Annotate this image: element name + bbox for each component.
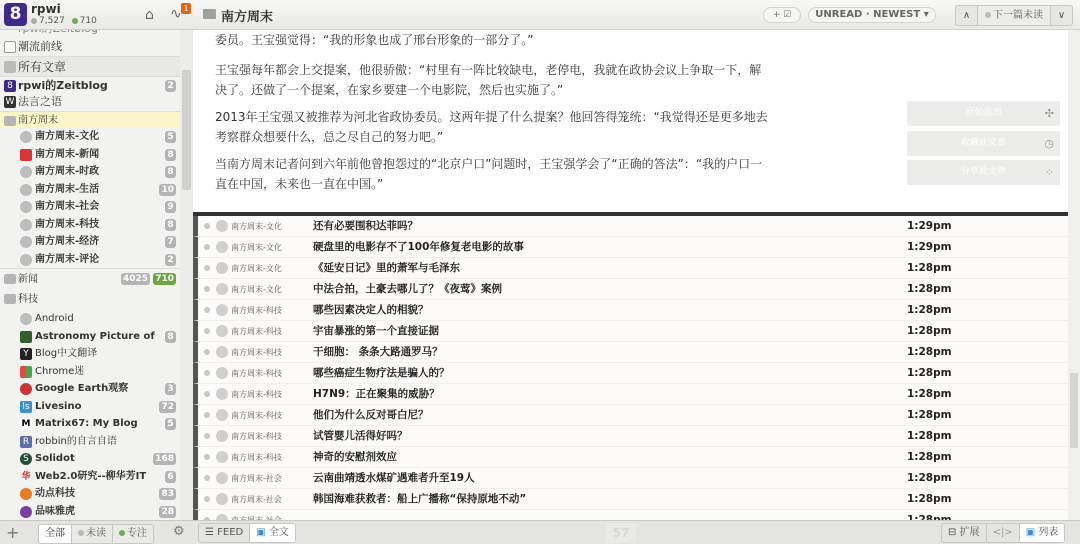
story-feed: 南方周末-社会	[231, 489, 282, 510]
robbin-icon: R	[20, 436, 32, 448]
story-navigation: ∧ 下一篇未读 ∨	[955, 5, 1073, 26]
feed-label: 南方周末-新闻	[35, 146, 99, 164]
story-row[interactable]: 南方周末-科技他们为什么反对哥白尼？1:28pm	[193, 405, 1068, 426]
story-row[interactable]: 南方周末-科技干细胞： 条条大路通罗马？1:28pm	[193, 342, 1068, 363]
zeitblog-icon: 8	[4, 80, 16, 92]
story-time: 1:29pm	[907, 237, 952, 258]
unread-count: 168	[153, 453, 176, 465]
feed-item[interactable]: Android	[0, 310, 180, 328]
full-text-view-button[interactable]: ▣ 全文	[250, 524, 295, 542]
feed-item[interactable]: 华Web2.0研究--柳华芳IT6	[0, 468, 180, 486]
globe-icon	[216, 388, 228, 400]
feed-label: 南方周末-科技	[35, 216, 99, 234]
story-title[interactable]: 中法合拍，土豪去哪儿了？《夜莺》案例	[313, 279, 502, 300]
previous-button[interactable]: ∧	[956, 6, 978, 25]
globe-icon	[216, 472, 228, 484]
feed-item[interactable]: 品味雅虎28	[0, 503, 180, 521]
feed-label: 南方周末-社会	[35, 198, 99, 216]
story-feed: 南方周末-科技	[231, 405, 282, 426]
story-title[interactable]: 哪些因素决定人的相貌？	[313, 300, 429, 321]
filter-unread[interactable]: 未读	[72, 525, 113, 543]
unread-count: 83	[159, 488, 176, 500]
story-feed: 南方周末-文化	[231, 237, 282, 258]
story-counter: 57	[606, 523, 636, 543]
google-earth-icon	[20, 383, 32, 395]
story-title[interactable]: 云南曲靖透水煤矿遇难者升至19人	[313, 468, 475, 489]
globe-icon	[216, 493, 228, 505]
globe-icon	[216, 283, 228, 295]
folder-label: 科技	[18, 289, 38, 310]
unread-count: 8	[165, 331, 176, 343]
story-time: 1:28pm	[907, 426, 952, 447]
feed-label: Blog中文翻译	[35, 345, 97, 363]
unread-dot-icon	[78, 530, 84, 536]
feed-view-button[interactable]: ☰ FEED	[199, 524, 250, 542]
unread-count: 10	[159, 184, 176, 196]
activity-badge: 1	[181, 3, 191, 14]
story-time: 1:28pm	[907, 489, 952, 510]
unread-dot-icon[interactable]	[204, 412, 210, 418]
unread-dot-icon[interactable]	[204, 349, 210, 355]
sidebar-header: 8 rpwi 7,527 710 ⌂ ∿ 1	[0, 0, 193, 30]
unread-count: 710	[153, 273, 176, 285]
sidebar: 8 rpwi 7,527 710 ⌂ ∿ 1 rpwi的Zeitblog 潮流前…	[0, 0, 193, 544]
y-icon: Y	[20, 348, 32, 360]
button-label: 收藏此文章	[961, 138, 1006, 148]
folder-icon	[203, 9, 216, 19]
story-list: 南方周末-文化还有必要围积达菲吗？1:29pm南方周末-文化硬盘里的电影存不了1…	[193, 216, 1068, 520]
story-feed: 南方周末-社会	[231, 468, 282, 489]
story-time: 1:28pm	[907, 447, 952, 468]
unread-dot-icon[interactable]	[204, 244, 210, 250]
feed-label: 南方周末-经济	[35, 233, 99, 251]
feed-item[interactable]: 潮流前线	[0, 38, 180, 56]
user-counts: 7,527 710	[31, 16, 97, 26]
sidebar-scrollbar[interactable]	[180, 30, 193, 520]
feed-label: 品味雅虎	[35, 503, 75, 521]
puzzle-icon: ✣	[1045, 101, 1054, 126]
next-button[interactable]: ∨	[1050, 6, 1072, 25]
yahoo-icon	[20, 506, 32, 518]
unread-count: 8	[165, 166, 176, 178]
page-title: 南方周末	[221, 6, 273, 25]
feed-item[interactable]: 南方周末-时政8	[0, 163, 180, 181]
story-title[interactable]: 他们为什么反对哥白尼？	[313, 405, 429, 426]
window-icon: ▣	[256, 527, 269, 538]
feed-item[interactable]: W法言之语	[0, 93, 180, 111]
story-feed: 南方周末-科技	[231, 321, 282, 342]
feed-item[interactable]: 南方周末-评论2	[0, 251, 180, 269]
unread-count: 6	[165, 471, 176, 483]
story-row[interactable]: 南方周末-科技哪些癌症生物疗法是骗人的？1:28pm	[193, 363, 1068, 384]
globe-icon	[216, 241, 228, 253]
globe-icon	[216, 262, 228, 274]
feed-label: 所有文章	[18, 57, 66, 77]
pin-icon	[20, 149, 32, 161]
story-title[interactable]: 试管婴儿活得好吗？	[313, 426, 408, 447]
feed-label: Web2.0研究--柳华芳IT	[35, 468, 146, 486]
globe-icon	[20, 166, 32, 178]
globe-icon	[216, 430, 228, 442]
story-feed: 南方周末-文化	[231, 279, 282, 300]
feed-label: 南方周末-文化	[35, 128, 99, 146]
story-time: 1:28pm	[907, 405, 952, 426]
unread-dot-icon[interactable]	[204, 265, 210, 271]
focus-dot-icon	[119, 530, 125, 536]
story-time: 1:28pm	[907, 342, 952, 363]
unread-dot-icon	[72, 18, 78, 24]
unread-dot-icon	[985, 12, 991, 18]
story-title[interactable]: ……	[313, 510, 334, 520]
expand-label: 扩展	[960, 527, 980, 538]
story-row[interactable]: 南方周末-文化硬盘里的电影存不了100年修复老电影的故事1:29pm	[193, 237, 1068, 258]
story-title[interactable]: 韩国海难获救者：船上广播称“保持原地不动”	[313, 489, 526, 510]
globe-icon	[20, 184, 32, 196]
story-row[interactable]: 南方周末-文化中法合拍，土豪去哪儿了？《夜莺》案例1:28pm	[193, 279, 1068, 300]
chevron-down-icon: ▾	[924, 9, 929, 20]
sort-dropdown[interactable]: UNREAD · NEWEST ▾	[808, 7, 936, 23]
story-row[interactable]: 南方周末-文化《延安日记》里的萧军与毛泽东1:28pm	[193, 258, 1068, 279]
filter-label: 未读	[86, 528, 106, 539]
story-paragraph: 王宝强每年都会上交提案，他很骄傲：“村里有一阵比较缺电，老停电，我就在政协会议上…	[215, 60, 770, 100]
story-feed: 南方周末-科技	[231, 300, 282, 321]
story-title[interactable]: 《延安日记》里的萧军与毛泽东	[313, 258, 460, 279]
unread-count: 2	[165, 254, 176, 266]
total-count: 7,527	[39, 16, 65, 26]
feed-item[interactable]: SSolidot168	[0, 450, 180, 468]
layout-toggle: ⊟ 扩展 <|> ▣ 列表	[941, 523, 1065, 543]
story-row[interactable]: 南方周末-科技试管婴儿活得好吗？1:28pm	[193, 426, 1068, 447]
clock-icon: ◷	[1044, 131, 1054, 156]
unread-count: 2	[165, 80, 176, 92]
folder-southern-weekly[interactable]: 南方周末	[0, 111, 180, 129]
unread-count: 72	[159, 401, 176, 413]
story-time: 1:28pm	[907, 300, 952, 321]
globe-icon	[216, 409, 228, 421]
globe-icon	[20, 236, 32, 248]
story-feed: 南方周末-文化	[231, 216, 282, 237]
unread-dot-icon[interactable]	[204, 223, 210, 229]
story-feed: 南方周末-科技	[231, 447, 282, 468]
story-row[interactable]: 南方周末-科技H7N9：正在聚集的威胁？1:28pm	[193, 384, 1068, 405]
feed-item[interactable]: Chrome迷	[0, 363, 180, 381]
story-paragraph: 委员。王宝强觉得：“我的形象也成了邢台形象的一部分了。”	[215, 30, 770, 50]
scroll-thumb[interactable]	[1070, 373, 1078, 448]
story-time: 1:28pm	[907, 384, 952, 405]
feed-item[interactable]: 南方周末-文化5	[0, 128, 180, 146]
feed-label: 潮流前线	[18, 38, 62, 56]
feed-item[interactable]: Astronomy Picture of8	[0, 328, 180, 346]
technode-icon	[20, 488, 32, 500]
feed-label: 南方周末-生活	[35, 181, 99, 199]
feed-label: 动点科技	[35, 485, 75, 503]
web20-icon: 华	[20, 471, 32, 483]
feed-label: Android	[35, 310, 74, 328]
folder-icon	[4, 294, 16, 304]
feed-item[interactable]: 8rpwi的Zeitblog2	[0, 76, 180, 94]
feed-label: Livesino	[35, 398, 81, 416]
story-row[interactable]: 南方周末-社会……1:28pm	[193, 510, 1068, 520]
unread-count: 28	[159, 506, 176, 518]
unread-dot-icon[interactable]	[204, 475, 210, 481]
unread-dot-icon[interactable]	[204, 454, 210, 460]
feed-label: 法言之语	[18, 93, 62, 111]
globe-icon	[216, 367, 228, 379]
feed-item[interactable]: MMatrix67: My Blog5	[0, 415, 180, 433]
globe-icon	[20, 219, 32, 231]
story-feed: 南方周末-文化	[231, 258, 282, 279]
feed-item[interactable]: lsLivesino72	[0, 398, 180, 416]
feed-header: 南方周末 + ☑ UNREAD · NEWEST ▾ ∧ 下一篇未读 ∨	[193, 0, 1080, 30]
folder-news[interactable]: 新闻4025710	[0, 268, 180, 289]
story-feed: 南方周末-科技	[231, 342, 282, 363]
feed-item[interactable]: 南方周末-生活10	[0, 181, 180, 199]
unread-count: 3	[165, 383, 176, 395]
mark-read-button[interactable]: + ☑	[763, 7, 801, 23]
feed-item[interactable]: 南方周末-科技8	[0, 216, 180, 234]
story-row[interactable]: 南方周末-社会云南曲靖透水煤矿遇难者升至19人1:28pm	[193, 468, 1068, 489]
total-dot-icon	[31, 18, 37, 24]
story-title[interactable]: 硬盘里的电影存不了100年修复老电影的故事	[313, 237, 524, 258]
globe-icon	[216, 304, 228, 316]
story-title[interactable]: 还有必要围积达菲吗？	[313, 216, 418, 237]
unread-count: 5	[165, 131, 176, 143]
feed-label: Solidot	[35, 450, 75, 468]
globe-icon	[216, 451, 228, 463]
feed-label: Matrix67: My Blog	[35, 415, 138, 433]
filter-segmented: 全部 未读 专注	[38, 524, 154, 544]
story-title[interactable]: 宇宙暴涨的第一个直接证据	[313, 321, 439, 342]
content-scrollbar[interactable]	[1068, 30, 1080, 520]
wordpress-icon: W	[4, 96, 16, 108]
story-row[interactable]: 南方周末-科技宇宙暴涨的第一个直接证据1:28pm	[193, 321, 1068, 342]
sidebar-footer: + 全部 未读 专注 ⚙	[0, 520, 193, 544]
globe-icon	[216, 325, 228, 337]
folder-label: 南方周末	[18, 112, 58, 130]
story-feed: 南方周末-科技	[231, 384, 282, 405]
content-footer: ☰ FEED ▣ 全文 57 ⊟ 扩展 <|> ▣ 列表	[193, 520, 1080, 544]
feed-icon: ☰	[205, 527, 217, 538]
globe-icon	[216, 346, 228, 358]
filter-focus[interactable]: 专注	[113, 525, 153, 543]
feed-label: rpwi的Zeitblog	[18, 30, 98, 38]
apod-icon	[20, 331, 32, 343]
button-label: 原始页面	[965, 108, 1001, 118]
unread-dot-icon[interactable]	[204, 328, 210, 334]
feed-item[interactable]: 南方周末-新闻8	[0, 146, 180, 164]
list-layout-button[interactable]: ▣ 列表	[1020, 524, 1065, 542]
feed-label: FEED	[217, 527, 243, 538]
all-stories[interactable]: 所有文章	[0, 56, 180, 76]
unread-dot-icon[interactable]	[204, 286, 210, 292]
page-icon	[4, 41, 16, 53]
scroll-thumb[interactable]	[182, 70, 191, 190]
solidot-icon: S	[20, 453, 32, 465]
filter-all[interactable]: 全部	[39, 525, 72, 543]
add-feed-button[interactable]: +	[6, 523, 19, 542]
feed-item[interactable]: 南方周末-经济7	[0, 233, 180, 251]
feed-list: rpwi的Zeitblog 潮流前线 所有文章 8rpwi的Zeitblog2 …	[0, 30, 180, 520]
folder-tech[interactable]: 科技	[0, 289, 180, 310]
feed-item-partial[interactable]: rpwi的Zeitblog	[0, 30, 180, 38]
feed-item[interactable]: 动点科技83	[0, 485, 180, 503]
view-toggle: ☰ FEED ▣ 全文	[198, 523, 296, 543]
globe-icon	[20, 201, 32, 213]
story-time: 1:28pm	[907, 321, 952, 342]
feed-item[interactable]: Google Earth观察3	[0, 380, 180, 398]
matrix67-icon: M	[20, 418, 32, 430]
next-unread-button[interactable]: 下一篇未读	[978, 6, 1050, 25]
feed-item[interactable]: 南方周末-社会9	[0, 198, 180, 216]
feed-label: Astronomy Picture of	[35, 328, 155, 346]
chrome-icon	[20, 366, 32, 378]
feed-item[interactable]: YBlog中文翻译	[0, 345, 180, 363]
unread-dot-icon[interactable]	[204, 370, 210, 376]
stack-icon	[4, 61, 16, 73]
expand-icon: ⊟	[948, 527, 960, 538]
story-time: 1:28pm	[907, 279, 952, 300]
livesino-icon: ls	[20, 401, 32, 413]
list-label: 列表	[1038, 527, 1058, 538]
story-row[interactable]: 南方周末-科技哪些因素决定人的相貌？1:28pm	[193, 300, 1068, 321]
feed-label: Google Earth观察	[35, 380, 128, 398]
globe-icon	[216, 220, 228, 232]
globe-icon	[20, 313, 32, 325]
globe-icon	[20, 254, 32, 266]
story-time: 1:28pm	[907, 363, 952, 384]
unread-count: 7	[165, 236, 176, 248]
story-time: 1:28pm	[907, 258, 952, 279]
filter-label: 专注	[127, 528, 147, 539]
feed-label: 南方周末-时政	[35, 163, 99, 181]
story-time: 1:28pm	[907, 468, 952, 489]
feed-label: robbin的自言自语	[35, 433, 117, 451]
feed-label: 南方周末-评论	[35, 251, 99, 269]
story-content: 委员。王宝强觉得：“我的形象也成了邢台形象的一部分了。” 王宝强每年都会上交提案…	[193, 30, 1068, 212]
unread-dot-icon[interactable]	[204, 433, 210, 439]
total-count: 4025	[121, 273, 150, 285]
username[interactable]: rpwi	[31, 2, 61, 16]
next-unread-label: 下一篇未读	[993, 10, 1043, 21]
expand-layout-button[interactable]: ⊟ 扩展	[942, 524, 987, 542]
gear-icon[interactable]: ⚙	[173, 524, 185, 539]
full-label: 全文	[269, 527, 289, 538]
list-icon: ▣	[1026, 527, 1039, 538]
story-paragraph: 2013年王宝强又被推荐为河北省政协委员。这两年提了什么提案？他回答得笼统：“我…	[215, 107, 770, 147]
story-title[interactable]: H7N9：正在聚集的威胁？	[313, 384, 440, 405]
story-time: 1:29pm	[907, 216, 952, 237]
share-icon: ⁘	[1045, 160, 1054, 185]
globe-icon	[20, 131, 32, 143]
story-paragraph: 当南方周末记者问到六年前他曾抱怨过的“北京户口”问题时，王宝强学会了“正确的答法…	[215, 154, 770, 194]
unread-count: 9	[165, 201, 176, 213]
button-label: 分享此文章	[961, 167, 1006, 177]
story-time: 1:28pm	[907, 510, 952, 520]
unread-count: 8	[165, 219, 176, 231]
story-row[interactable]: 南方周末-社会韩国海难获救者：船上广播称“保持原地不动”1:28pm	[193, 489, 1068, 510]
folder-icon	[4, 274, 16, 284]
original-page-button[interactable]: 原始页面✣	[907, 101, 1060, 126]
story-feed: 南方周末-社会	[231, 510, 282, 520]
story-feed: 南方周末-科技	[231, 363, 282, 384]
feed-label: Chrome迷	[35, 363, 84, 381]
unread-dot-icon[interactable]	[204, 496, 210, 502]
unread-dot-icon[interactable]	[204, 391, 210, 397]
story-row[interactable]: 南方周末-文化还有必要围积达菲吗？1:29pm	[193, 216, 1068, 237]
save-story-button[interactable]: 收藏此文章◷	[907, 131, 1060, 156]
feed-label: rpwi的Zeitblog	[18, 77, 108, 95]
unread-count: 5	[165, 418, 176, 430]
story-title[interactable]: 神奇的安慰剂效应	[313, 447, 397, 468]
share-story-button[interactable]: 分享此文章⁘	[907, 160, 1060, 185]
unread-count: 710	[80, 16, 97, 26]
story-title[interactable]: 干细胞： 条条大路通罗马？	[313, 342, 443, 363]
story-row[interactable]: 南方周末-科技神奇的安慰剂效应1:28pm	[193, 447, 1068, 468]
home-icon[interactable]: ⌂	[145, 7, 161, 23]
unread-count: 8	[165, 149, 176, 161]
split-layout-button[interactable]: <|>	[987, 524, 1020, 542]
feed-item[interactable]: Rrobbin的自言自语	[0, 433, 180, 451]
story-title[interactable]: 哪些癌症生物疗法是骗人的？	[313, 363, 450, 384]
sort-label: UNREAD · NEWEST	[815, 9, 920, 20]
story-feed: 南方周末-科技	[231, 426, 282, 447]
folder-icon	[4, 116, 16, 126]
folder-label: 新闻	[18, 269, 38, 290]
unread-dot-icon[interactable]	[204, 307, 210, 313]
app-logo: 8	[4, 3, 27, 26]
